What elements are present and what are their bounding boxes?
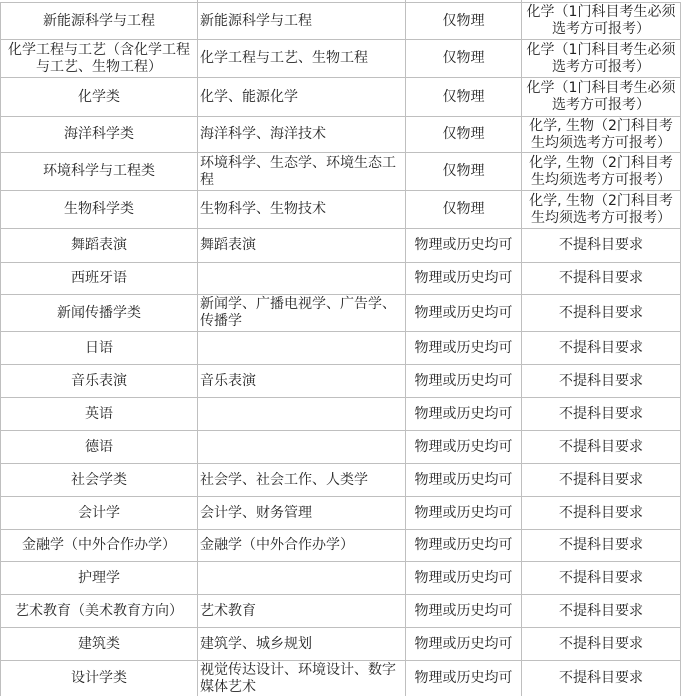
table-row: 化学类 化学、能源化学 仅物理 化学（1门科目考生必须选考方可报考） [1, 78, 681, 117]
second-subject-cell: 不提科目要求 [522, 365, 681, 398]
included-majors-cell: 社会学、社会工作、人类学 [198, 464, 406, 497]
table-row: 设计学类 视觉传达设计、环境设计、数字媒体艺术 物理或历史均可 不提科目要求 [1, 661, 681, 696]
included-majors-cell: 艺术教育 [198, 595, 406, 628]
table-row: 会计学 会计学、财务管理 物理或历史均可 不提科目要求 [1, 497, 681, 530]
second-subject-cell: 不提科目要求 [522, 628, 681, 661]
included-majors-cell: 金融学（中外合作办学） [198, 530, 406, 562]
included-majors-cell: 生物科学、生物技术 [198, 191, 406, 229]
table-row: 生物科学类 生物科学、生物技术 仅物理 化学, 生物（2门科目考生均须选考方可报… [1, 191, 681, 229]
included-majors-cell: 化学工程与工艺、生物工程 [198, 40, 406, 78]
subject-requirements-table: 新能源科学与工程 新能源科学与工程 仅物理 化学（1门科目考生必须选考方可报考）… [0, 2, 681, 696]
major-cell: 生物科学类 [1, 191, 198, 229]
second-subject-cell: 化学（1门科目考生必须选考方可报考） [522, 3, 681, 40]
table-row: 化学工程与工艺（含化学工程与工艺、生物工程） 化学工程与工艺、生物工程 仅物理 … [1, 40, 681, 78]
table-row: 西班牙语 物理或历史均可 不提科目要求 [1, 263, 681, 295]
table-row: 音乐表演 音乐表演 物理或历史均可 不提科目要求 [1, 365, 681, 398]
first-subject-cell: 物理或历史均可 [406, 464, 522, 497]
table-row: 护理学 物理或历史均可 不提科目要求 [1, 562, 681, 595]
major-cell: 音乐表演 [1, 365, 198, 398]
table-row: 英语 物理或历史均可 不提科目要求 [1, 398, 681, 431]
second-subject-cell: 不提科目要求 [522, 595, 681, 628]
first-subject-cell: 物理或历史均可 [406, 595, 522, 628]
included-majors-cell [198, 431, 406, 464]
first-subject-cell: 物理或历史均可 [406, 295, 522, 332]
second-subject-cell: 化学（1门科目考生必须选考方可报考） [522, 40, 681, 78]
major-cell: 设计学类 [1, 661, 198, 696]
first-subject-cell: 仅物理 [406, 191, 522, 229]
table-row: 德语 物理或历史均可 不提科目要求 [1, 431, 681, 464]
first-subject-cell: 物理或历史均可 [406, 398, 522, 431]
second-subject-cell: 化学, 生物（2门科目考生均须选考方可报考） [522, 153, 681, 191]
second-subject-cell: 不提科目要求 [522, 398, 681, 431]
second-subject-cell: 不提科目要求 [522, 661, 681, 696]
first-subject-cell: 仅物理 [406, 3, 522, 40]
major-cell: 会计学 [1, 497, 198, 530]
second-subject-cell: 不提科目要求 [522, 263, 681, 295]
second-subject-cell: 不提科目要求 [522, 562, 681, 595]
second-subject-cell: 不提科目要求 [522, 332, 681, 365]
major-cell: 金融学（中外合作办学） [1, 530, 198, 562]
major-cell: 护理学 [1, 562, 198, 595]
first-subject-cell: 物理或历史均可 [406, 530, 522, 562]
first-subject-cell: 物理或历史均可 [406, 431, 522, 464]
major-cell: 英语 [1, 398, 198, 431]
included-majors-cell: 新闻学、广播电视学、广告学、传播学 [198, 295, 406, 332]
first-subject-cell: 仅物理 [406, 117, 522, 153]
major-cell: 化学工程与工艺（含化学工程与工艺、生物工程） [1, 40, 198, 78]
first-subject-cell: 物理或历史均可 [406, 263, 522, 295]
included-majors-cell [198, 332, 406, 365]
first-subject-cell: 物理或历史均可 [406, 229, 522, 263]
second-subject-cell: 不提科目要求 [522, 295, 681, 332]
first-subject-cell: 物理或历史均可 [406, 497, 522, 530]
major-cell: 化学类 [1, 78, 198, 117]
major-cell: 德语 [1, 431, 198, 464]
included-majors-cell: 环境科学、生态学、环境生态工程 [198, 153, 406, 191]
major-cell: 海洋科学类 [1, 117, 198, 153]
second-subject-cell: 不提科目要求 [522, 229, 681, 263]
table-row: 社会学类 社会学、社会工作、人类学 物理或历史均可 不提科目要求 [1, 464, 681, 497]
second-subject-cell: 不提科目要求 [522, 530, 681, 562]
first-subject-cell: 仅物理 [406, 40, 522, 78]
second-subject-cell: 不提科目要求 [522, 431, 681, 464]
major-cell: 日语 [1, 332, 198, 365]
second-subject-cell: 不提科目要求 [522, 497, 681, 530]
table-row: 金融学（中外合作办学） 金融学（中外合作办学） 物理或历史均可 不提科目要求 [1, 530, 681, 562]
included-majors-cell [198, 398, 406, 431]
included-majors-cell: 化学、能源化学 [198, 78, 406, 117]
second-subject-cell: 化学（1门科目考生必须选考方可报考） [522, 78, 681, 117]
major-cell: 西班牙语 [1, 263, 198, 295]
included-majors-cell: 建筑学、城乡规划 [198, 628, 406, 661]
included-majors-cell: 舞蹈表演 [198, 229, 406, 263]
first-subject-cell: 物理或历史均可 [406, 628, 522, 661]
major-cell: 环境科学与工程类 [1, 153, 198, 191]
table-row: 海洋科学类 海洋科学、海洋技术 仅物理 化学, 生物（2门科目考生均须选考方可报… [1, 117, 681, 153]
first-subject-cell: 仅物理 [406, 153, 522, 191]
table-row: 新能源科学与工程 新能源科学与工程 仅物理 化学（1门科目考生必须选考方可报考） [1, 3, 681, 40]
major-cell: 新闻传播学类 [1, 295, 198, 332]
first-subject-cell: 物理或历史均可 [406, 562, 522, 595]
second-subject-cell: 不提科目要求 [522, 464, 681, 497]
first-subject-cell: 物理或历史均可 [406, 661, 522, 696]
table-row: 艺术教育（美术教育方向） 艺术教育 物理或历史均可 不提科目要求 [1, 595, 681, 628]
major-cell: 社会学类 [1, 464, 198, 497]
table-row: 舞蹈表演 舞蹈表演 物理或历史均可 不提科目要求 [1, 229, 681, 263]
major-cell: 舞蹈表演 [1, 229, 198, 263]
table-row: 新闻传播学类 新闻学、广播电视学、广告学、传播学 物理或历史均可 不提科目要求 [1, 295, 681, 332]
first-subject-cell: 仅物理 [406, 78, 522, 117]
included-majors-cell [198, 263, 406, 295]
first-subject-cell: 物理或历史均可 [406, 332, 522, 365]
table-row: 环境科学与工程类 环境科学、生态学、环境生态工程 仅物理 化学, 生物（2门科目… [1, 153, 681, 191]
included-majors-cell [198, 562, 406, 595]
included-majors-cell: 视觉传达设计、环境设计、数字媒体艺术 [198, 661, 406, 696]
second-subject-cell: 化学, 生物（2门科目考生均须选考方可报考） [522, 117, 681, 153]
included-majors-cell: 音乐表演 [198, 365, 406, 398]
table-row: 日语 物理或历史均可 不提科目要求 [1, 332, 681, 365]
major-cell: 艺术教育（美术教育方向） [1, 595, 198, 628]
included-majors-cell: 会计学、财务管理 [198, 497, 406, 530]
included-majors-cell: 海洋科学、海洋技术 [198, 117, 406, 153]
major-cell: 新能源科学与工程 [1, 3, 198, 40]
major-cell: 建筑类 [1, 628, 198, 661]
table-row: 建筑类 建筑学、城乡规划 物理或历史均可 不提科目要求 [1, 628, 681, 661]
second-subject-cell: 化学, 生物（2门科目考生均须选考方可报考） [522, 191, 681, 229]
first-subject-cell: 物理或历史均可 [406, 365, 522, 398]
included-majors-cell: 新能源科学与工程 [198, 3, 406, 40]
